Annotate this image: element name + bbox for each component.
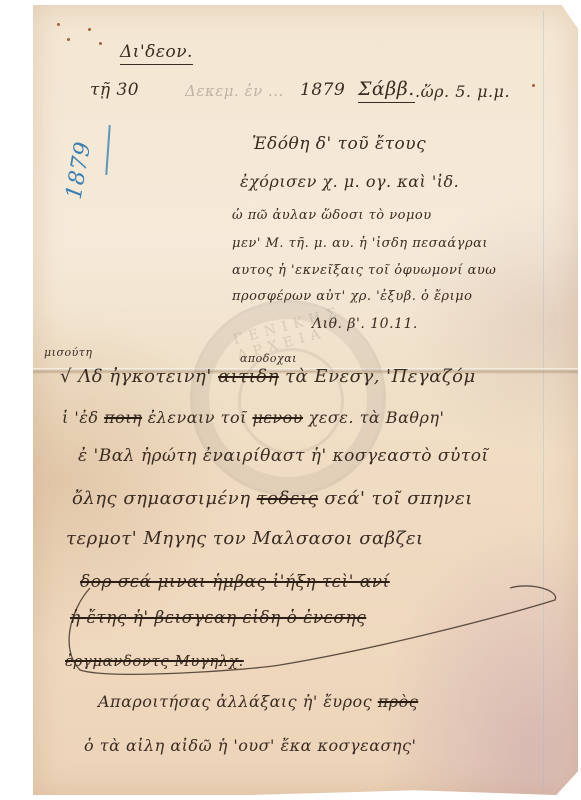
summary-line-2: ἐχόρισεν χ. μ. ογ. καὶ 'ἰδ. — [240, 172, 459, 191]
body-line-5: τερμοτ' Μηγης τον Μαλσασοι σαβζει — [66, 528, 424, 549]
struck-word: πρὸς — [378, 692, 419, 711]
weekday-label: Σάββ. — [358, 78, 415, 103]
line-text: ἱ 'ἐδ — [62, 408, 104, 427]
weekday-text: Σάββ. — [358, 78, 415, 100]
interlinear-insert: αποδοχαι — [240, 352, 297, 365]
struck-word: αιτιδη — [218, 366, 279, 387]
struck-word: ποιη — [104, 408, 142, 427]
foxing-spot — [99, 42, 102, 45]
summary-line-1: Ἐδόθη δ' τοῦ ἔτους — [252, 134, 426, 154]
heading-text: Δι'δεον. — [120, 42, 193, 65]
foxing-spot — [67, 38, 70, 41]
line-text: Απαροιτήσας ἀλλάξαις ἡ' ἔυρος — [98, 692, 378, 711]
line-text: ὄλης σημασσιμένη — [72, 488, 257, 509]
summary-line-4: μεν' Μ. τῆ. μ. αυ. ἡ 'ἰσδη πεσαάγραι — [232, 236, 488, 251]
summary-reference: Λιθ. β'. 10.11. — [312, 316, 418, 332]
foxing-spot — [88, 28, 91, 31]
document-heading: Δι'δεον. — [120, 42, 193, 62]
summary-line-6: προσφέρων αὐτ' χρ. 'ἐξυβ. ὁ ἔριμο — [232, 289, 472, 304]
body-line-3: ἐ 'Βαλ ἠρώτη ἐναιρίθαστ ἡ' κοσγεαστὸ σὐτ… — [78, 446, 489, 466]
deletion-loop-mark — [50, 570, 570, 680]
hour-text: .ὥρ. 5. μ.μ. — [415, 82, 510, 101]
body-line-9: Απαροιτήσας ἀλλάξαις ἡ' ἔυρος πρὸς — [98, 692, 418, 711]
date-day: τῇ 30 — [90, 80, 139, 100]
body-line-10: ὁ τὰ αἰλη αἰδῶ ἡ 'ουσ' ἔκα κοσγεασης' — [84, 736, 416, 755]
body-line-2: ἱ 'ἐδ ποιη ἐλεναιν τοῖ μενου χεσε. τὰ Βα… — [62, 408, 444, 427]
line-text: ἐλεναιν τοῖ — [142, 408, 252, 427]
body-line-4: ὄλης σημασσιμένη τοδεις σεά' τοῖ σπηνει — [72, 488, 473, 509]
struck-word: μενου — [252, 408, 303, 427]
line-text: √ Λδ ἠγκοτεινη' — [60, 366, 218, 387]
line-text: σεά' τοῖ σπηνει — [318, 488, 473, 509]
foxing-spot — [57, 23, 60, 26]
line-text: τὰ Ενεσγ, 'Πεγαζόμ — [279, 366, 476, 387]
year-text: 1879 — [300, 80, 345, 100]
struck-word: τοδεις — [257, 488, 318, 509]
margin-insert: μισούτη — [44, 346, 92, 359]
summary-line-5: αυτος ἡ 'εκνεῖξαις τοῖ ὀφυωμονί αυω — [232, 263, 496, 278]
summary-line-3: ὡ πῶ ἀυλαν ὥδοσι τὸ νομου — [232, 208, 432, 223]
body-line-1: √ Λδ ἠγκοτεινη' αιτιδη τὰ Ενεσγ, 'Πεγαζό… — [60, 366, 476, 387]
date-month-faint: Δεκεμ. ἐν ... — [185, 82, 284, 100]
line-text: χεσε. τὰ Βαθρη' — [303, 408, 444, 427]
foxing-spot — [532, 84, 535, 87]
